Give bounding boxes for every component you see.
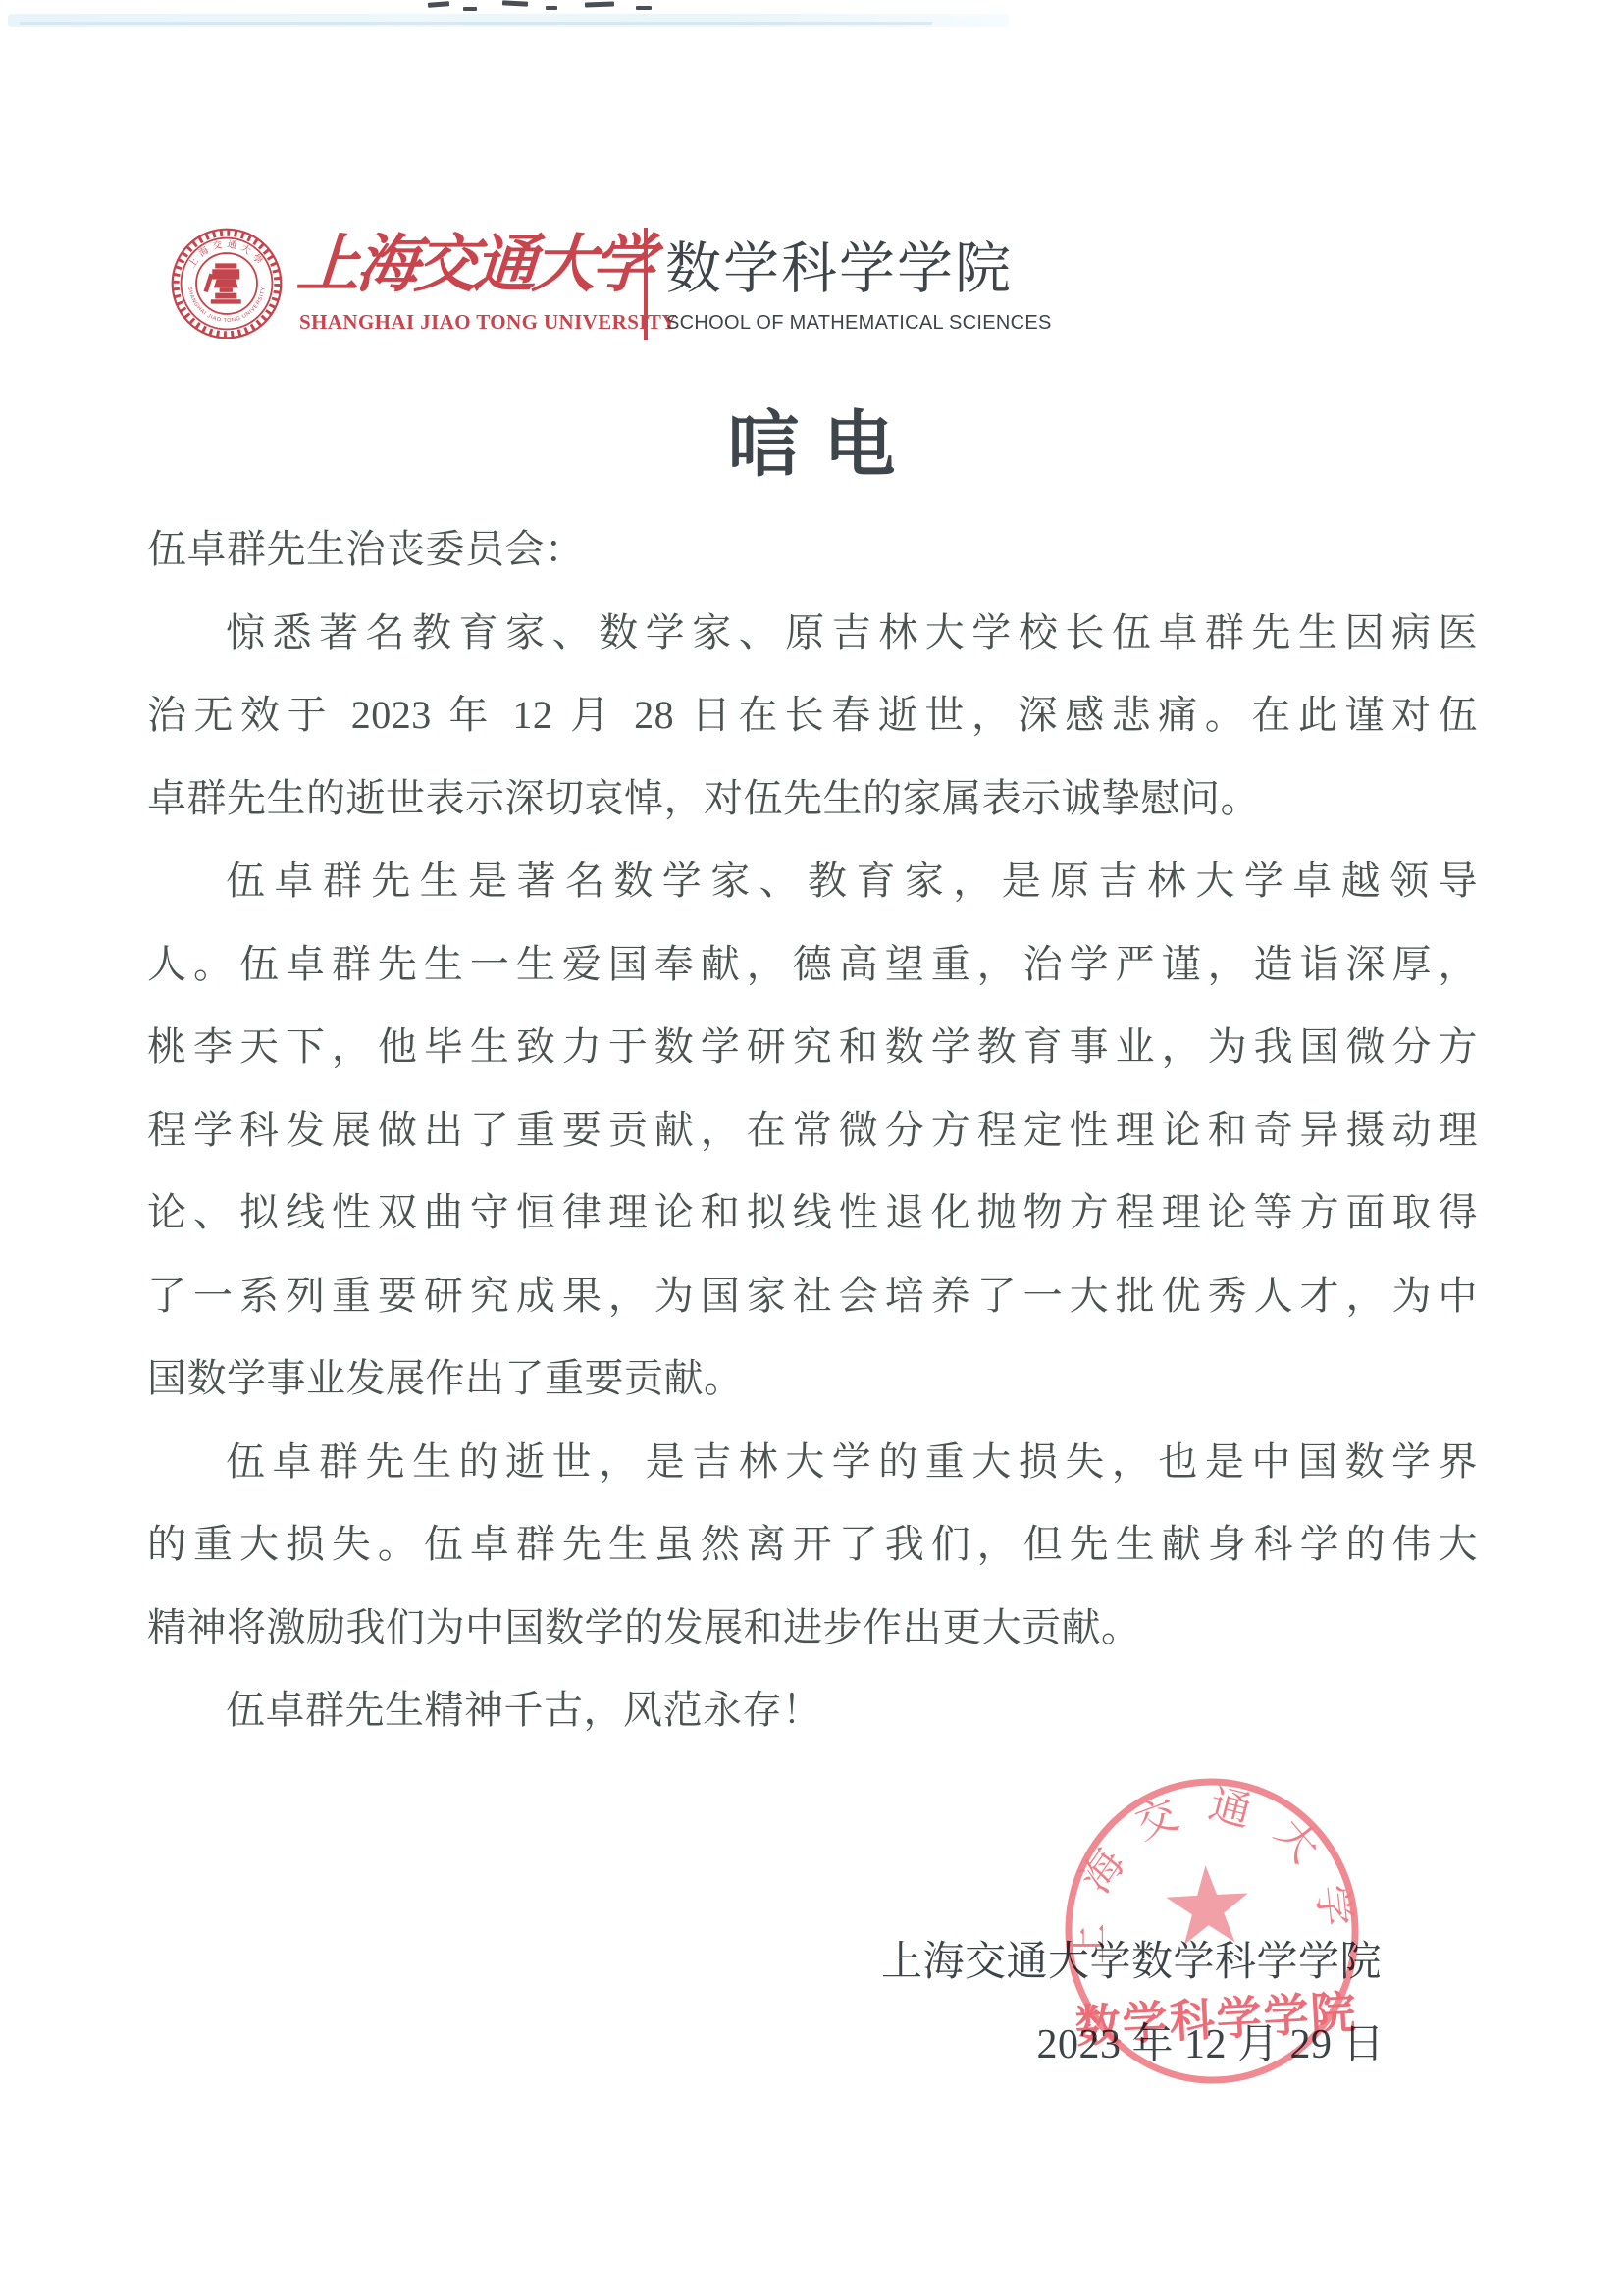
scan-artifact-mark (546, 6, 557, 10)
body-line: 的重大损失。伍卓群先生虽然离开了我们，但先生献身科学的伟大 (147, 1503, 1478, 1587)
scan-artifact-line (20, 22, 932, 25)
body-line: 人。伍卓群先生一生爱国奉献，德高望重，治学严谨，造诣深厚， (147, 923, 1478, 1007)
header-divider (644, 228, 648, 340)
body-line: 了一系列重要研究成果，为国家社会培养了一大批优秀人才，为中 (147, 1255, 1478, 1338)
scan-artifact-mark (585, 1, 614, 7)
body-line: 惊悉著名教育家、数学家、原吉林大学校长伍卓群先生因病医 (147, 592, 1478, 675)
scan-artifact-band (8, 14, 1009, 27)
body-line: 伍卓群先生精神千古，风范永存！ (147, 1669, 1478, 1752)
document-title: 唁电 (0, 406, 1623, 485)
letter-body: 伍卓群先生治丧委员会： 惊悉著名教育家、数学家、原吉林大学校长伍卓群先生因病医 … (147, 508, 1478, 1752)
school-name-chinese: 数学科学学院 (665, 241, 1013, 297)
university-name-english: SHANGHAI JIAO TONG UNIVERSITY (299, 310, 633, 335)
school-name-english: SCHOOL OF MATHEMATICAL SCIENCES (666, 312, 1052, 335)
scan-artifact-mark (636, 6, 652, 10)
body-line: 卓群先生的逝世表示深切哀悼，对伍先生的家属表示诚挚慰问。 (147, 757, 1478, 841)
body-line: 治无效于 2023 年 12 月 28 日在长春逝世，深感悲痛。在此谨对伍 (147, 674, 1478, 757)
body-line: 桃李天下，他毕生致力于数学研究和数学教育事业，为我国微分方 (147, 1006, 1478, 1089)
signature-date: 2023 年 12 月 29 日 (1036, 2011, 1385, 2070)
signature-organization: 上海交通大学数学科学学院 (881, 1929, 1382, 1988)
university-name-calligraphy: 上海交通大学 (295, 234, 653, 296)
body-line: 伍卓群先生是著名数学家、教育家，是原吉林大学卓越领导 (147, 840, 1478, 923)
letter-page: 上海交通大學 SHANGHAI JIAO TONG UNIVERSITY 上海交… (0, 0, 1623, 2296)
scan-artifact-mark (463, 7, 477, 11)
salutation: 伍卓群先生治丧委员会： (147, 508, 1478, 592)
body-line: 国数学事业发展作出了重要贡献。 (147, 1337, 1478, 1421)
sjtu-seal-icon: 上海交通大學 SHANGHAI JIAO TONG UNIVERSITY (169, 226, 285, 341)
scan-artifact-mark (428, 1, 449, 8)
body-line: 论、拟线性双曲守恒律理论和拟线性退化抛物方程理论等方面取得 (147, 1172, 1478, 1255)
body-line: 伍卓群先生的逝世，是吉林大学的重大损失，也是中国数学界 (147, 1421, 1478, 1504)
anvil-glyph (203, 263, 240, 303)
body-line: 精神将激励我们为中国数学的发展和进步作出更大贡献。 (147, 1587, 1478, 1670)
body-line: 程学科发展做出了重要贡献，在常微分方程定性理论和奇异摄动理 (147, 1089, 1478, 1173)
scan-artifact-mark (502, 0, 528, 6)
